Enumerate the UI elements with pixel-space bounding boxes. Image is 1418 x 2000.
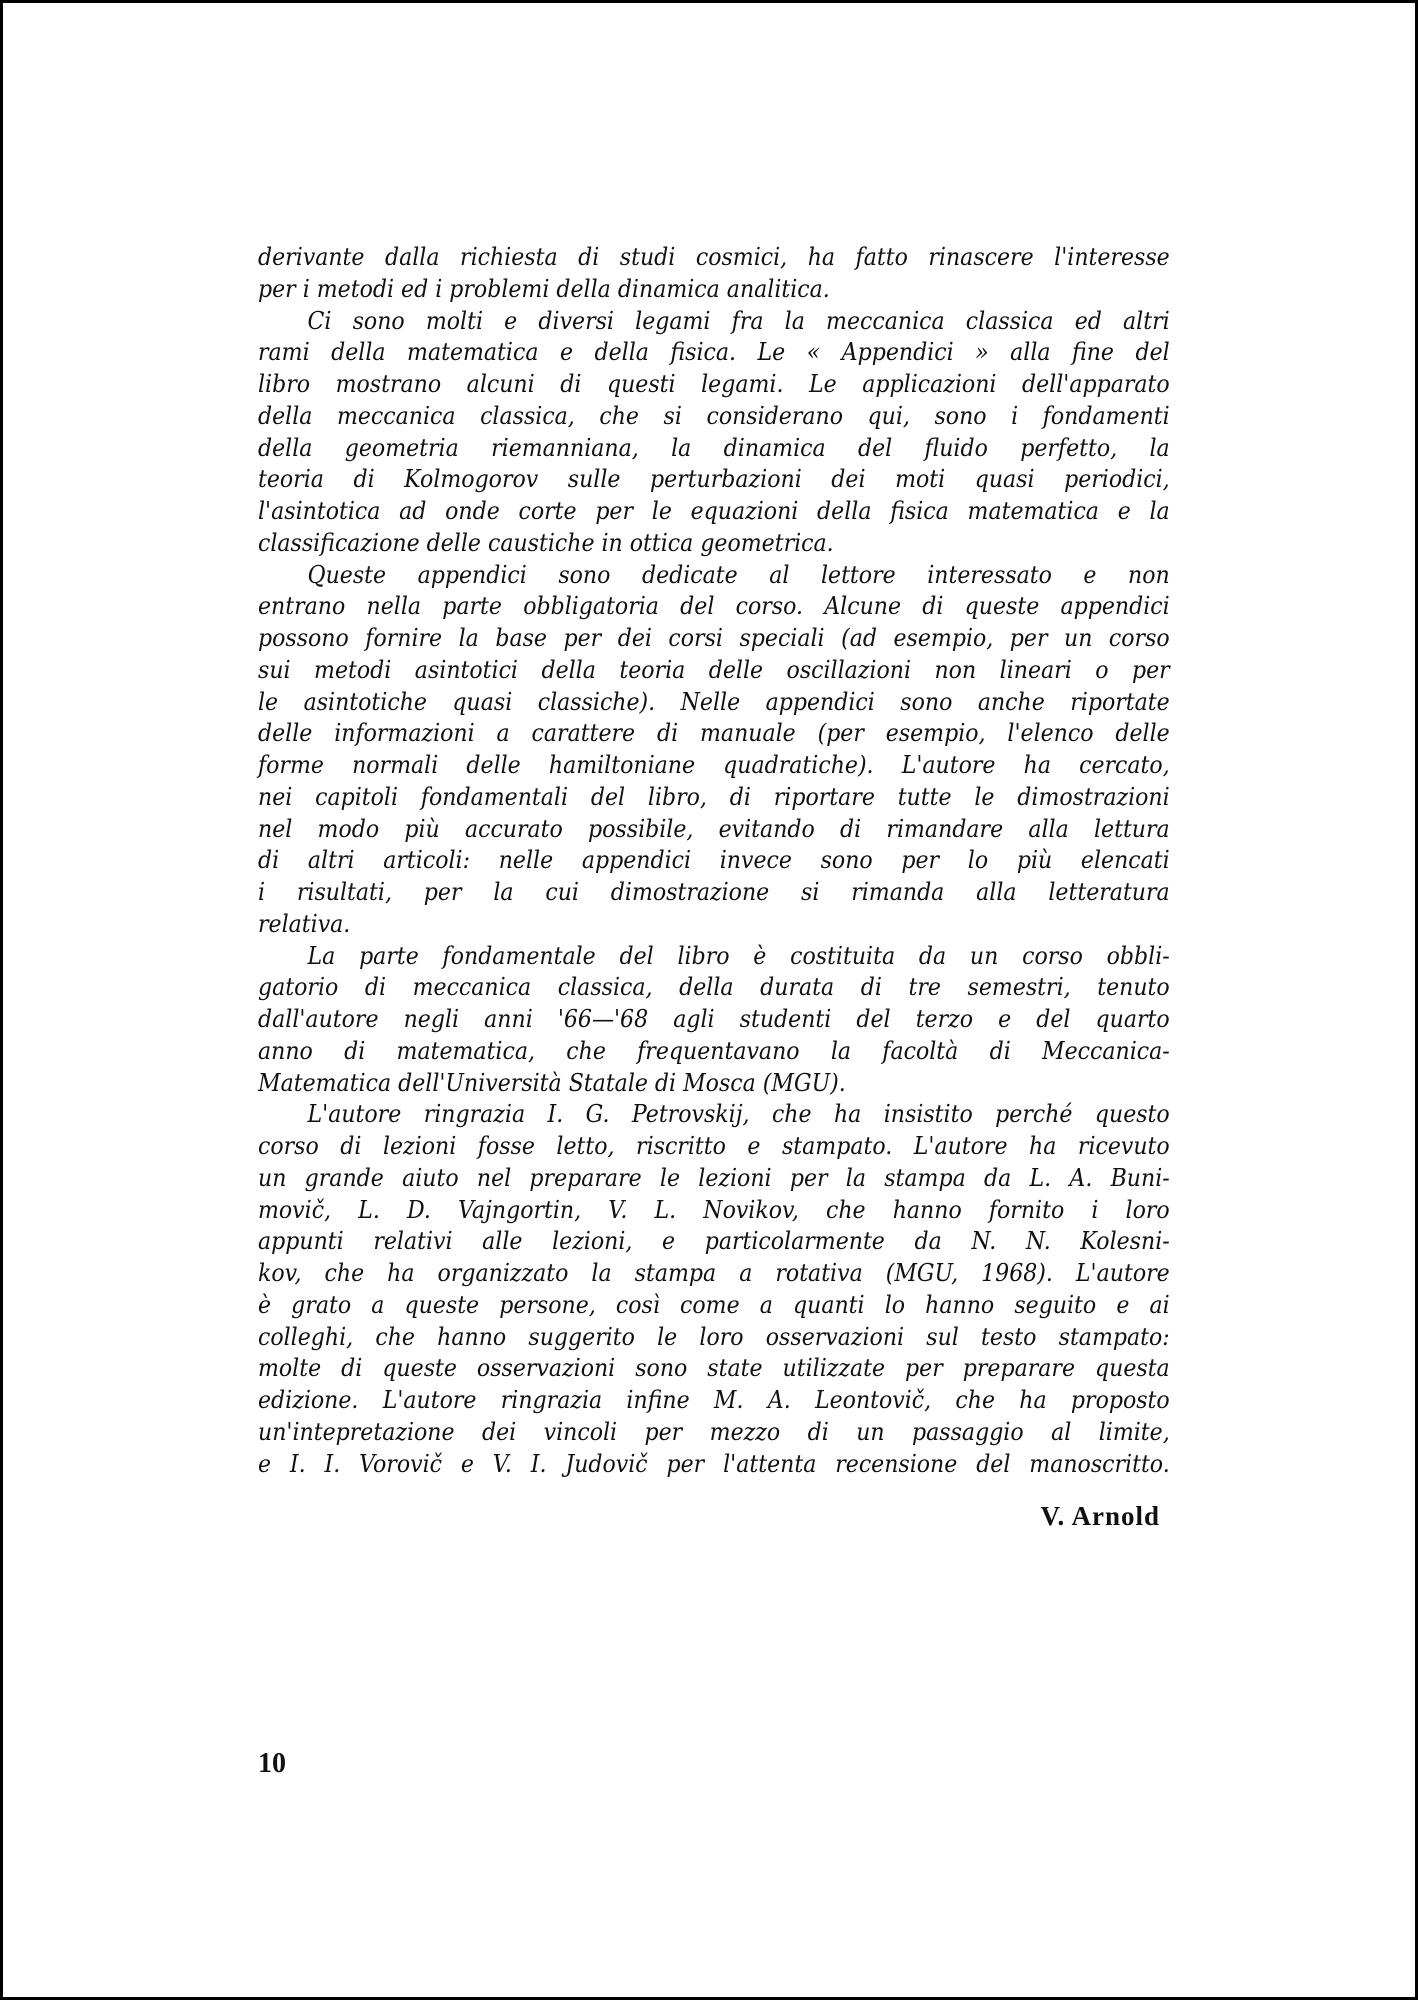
text-line: della geometria riemanniana, la dinamica… bbox=[258, 432, 1170, 464]
text-line: Matematica dell'Università Statale di Mo… bbox=[258, 1067, 1170, 1099]
text-line: L'autore ringrazia I. G. Petrovskij, che… bbox=[258, 1098, 1170, 1130]
text-line: appunti relativi alle lezioni, e partico… bbox=[258, 1225, 1170, 1257]
text-line: delle informazioni a carattere di manual… bbox=[258, 717, 1170, 749]
text-line: libro mostrano alcuni di questi legami. … bbox=[258, 368, 1170, 400]
text-line: anno di matematica, che frequentavano la… bbox=[258, 1035, 1170, 1067]
text-line: forme normali delle hamiltoniane quadrat… bbox=[258, 749, 1170, 781]
body-text: derivante dalla richiesta di studi cosmi… bbox=[258, 241, 1170, 1479]
text-line: molte di queste osservazioni sono state … bbox=[258, 1352, 1170, 1384]
text-line: possono fornire la base per dei corsi sp… bbox=[258, 622, 1170, 654]
text-line: kov, che ha organizzato la stampa a rota… bbox=[258, 1257, 1170, 1289]
text-line: le asintotiche quasi classiche). Nelle a… bbox=[258, 686, 1170, 718]
text-line: corso di lezioni fosse letto, riscritto … bbox=[258, 1130, 1170, 1162]
text-line: nel modo più accurato possibile, evitand… bbox=[258, 813, 1170, 845]
text-line: edizione. L'autore ringrazia infine M. A… bbox=[258, 1384, 1170, 1416]
text-line: relativa. bbox=[258, 908, 1170, 940]
text-line: sui metodi asintotici della teoria delle… bbox=[258, 654, 1170, 686]
text-line: e I. I. Vorovič e V. I. Judovič per l'at… bbox=[258, 1448, 1170, 1480]
book-page: derivante dalla richiesta di studi cosmi… bbox=[0, 0, 1418, 2000]
text-line: un grande aiuto nel preparare le lezioni… bbox=[258, 1162, 1170, 1194]
text-line: classificazione delle caustiche in ottic… bbox=[258, 527, 1170, 559]
text-line: movič, L. D. Vajngortin, V. L. Novikov, … bbox=[258, 1194, 1170, 1226]
text-line: colleghi, che hanno suggerito le loro os… bbox=[258, 1321, 1170, 1353]
text-line: entrano nella parte obbligatoria del cor… bbox=[258, 590, 1170, 622]
page-number: 10 bbox=[258, 1748, 286, 1780]
text-line: i risultati, per la cui dimostrazione si… bbox=[258, 876, 1170, 908]
author-signature: V. Arnold bbox=[1040, 1501, 1160, 1532]
text-line: un'intepretazione dei vincoli per mezzo … bbox=[258, 1416, 1170, 1448]
text-line: della meccanica classica, che si conside… bbox=[258, 400, 1170, 432]
text-line: di altri articoli: nelle appendici invec… bbox=[258, 844, 1170, 876]
text-line: dall'autore negli anni '66—'68 agli stud… bbox=[258, 1003, 1170, 1035]
text-line: è grato a queste persone, così come a qu… bbox=[258, 1289, 1170, 1321]
text-line: l'asintotica ad onde corte per le equazi… bbox=[258, 495, 1170, 527]
text-line: rami della matematica e della fisica. Le… bbox=[258, 336, 1170, 368]
text-line: La parte fondamentale del libro è costit… bbox=[258, 940, 1170, 972]
text-line: per i metodi ed i problemi della dinamic… bbox=[258, 273, 1170, 305]
text-line: Queste appendici sono dedicate al lettor… bbox=[258, 559, 1170, 591]
text-line: teoria di Kolmogorov sulle perturbazioni… bbox=[258, 463, 1170, 495]
text-line: Ci sono molti e diversi legami fra la me… bbox=[258, 305, 1170, 337]
text-line: gatorio di meccanica classica, della dur… bbox=[258, 971, 1170, 1003]
text-line: nei capitoli fondamentali del libro, di … bbox=[258, 781, 1170, 813]
text-line: derivante dalla richiesta di studi cosmi… bbox=[258, 241, 1170, 273]
